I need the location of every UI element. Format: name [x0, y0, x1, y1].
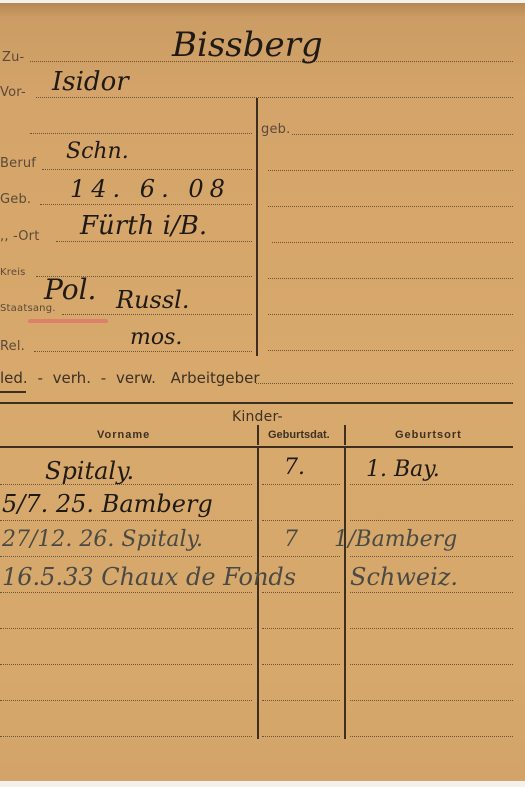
kinder-row-line [350, 700, 513, 701]
dotted-line-geburtsort [56, 241, 252, 242]
marital-status-line: led. - verh. - verw. Arbeitgeber [0, 369, 260, 387]
kinder-row-3-vorname: 27/12. 26. Spitaly. [2, 527, 203, 552]
kinder-row-3-datum: 7 [284, 527, 298, 552]
label-geb: Geb. [0, 192, 31, 207]
kinder-row-line [0, 664, 252, 665]
ledig-underline-mark [0, 391, 26, 393]
kinder-row-line [350, 556, 513, 557]
kinder-row-line [350, 664, 513, 665]
kinder-row-line [0, 736, 252, 737]
header-divider-1 [257, 425, 259, 445]
kinder-row-line [350, 520, 513, 521]
dotted-line-right-5 [268, 314, 513, 315]
value-geb: 14. 6. 08 [70, 175, 231, 203]
status-separator: - [37, 369, 42, 387]
dotted-line-geb-maiden [292, 134, 513, 135]
column-header-geburtsdatum: Geburtsdat. [268, 429, 330, 441]
label-geb-maiden: geb. [261, 122, 290, 137]
kinder-row-line [262, 736, 340, 737]
kinder-row-1-ort: 1. Bay. [366, 457, 440, 482]
status-separator: - [101, 369, 106, 387]
label-arbeitgeber: Arbeitgeber [171, 369, 260, 387]
kinder-row-line [262, 484, 340, 485]
kinder-row-1-vorname: Spitaly. [45, 457, 134, 485]
dotted-line-beruf [42, 169, 252, 170]
value-religion: mos. [130, 325, 182, 350]
label-vorname: Vor- [0, 85, 26, 100]
kinder-row-line [0, 592, 252, 593]
status-verwitwet: verw. [116, 369, 156, 387]
kinder-row-line [350, 484, 513, 485]
kinder-row-line [0, 520, 252, 521]
label-kreis: Kreis [0, 267, 26, 278]
dotted-line-right-2 [268, 206, 513, 207]
kinder-column-divider-1 [257, 446, 259, 739]
kinder-row-line [262, 628, 340, 629]
value-geburtsort: Fürth i/B. [80, 211, 207, 241]
kinder-row-line [262, 664, 340, 665]
kinder-row-line [262, 700, 340, 701]
registration-card: Zu- Bissberg Vor- Isidor geb. Beruf Schn… [0, 3, 525, 781]
dotted-line-religion [34, 351, 252, 352]
dotted-line-staatsangehoerigkeit [62, 314, 252, 315]
kinder-row-line [0, 700, 252, 701]
dotted-line-right-6 [268, 350, 513, 351]
kinder-row-line [350, 736, 513, 737]
kinder-row-line [262, 592, 340, 593]
kinder-row-4-ort: Schweiz. [350, 563, 458, 591]
kinder-row-line [262, 556, 340, 557]
dotted-line-blank-1 [30, 133, 252, 134]
kinder-row-1-datum: 7. [284, 455, 305, 480]
upper-column-divider [256, 98, 258, 356]
kinder-row-line [262, 520, 340, 521]
value-staatsangehoerigkeit-1: Pol. [44, 273, 96, 306]
column-header-vorname: Vorname [97, 429, 150, 441]
value-staatsangehoerigkeit-2: Russl. [116, 286, 189, 314]
value-zuname: Bissberg [172, 25, 323, 65]
status-verheiratet: verh. [53, 369, 91, 387]
kinder-top-rule [0, 402, 513, 404]
dotted-line-vorname [36, 97, 513, 98]
column-header-geburtsort: Geburtsort [395, 429, 462, 441]
kinder-row-line [0, 556, 252, 557]
label-religion: Rel. [0, 339, 25, 354]
kinder-column-divider-2 [344, 446, 346, 739]
dotted-line-arbeitgeber [256, 383, 513, 384]
dotted-line-right-1 [268, 170, 513, 171]
dotted-line-right-3 [272, 242, 513, 243]
dotted-line-geb [40, 204, 252, 205]
kinder-row-line [0, 628, 252, 629]
red-pencil-underline [28, 319, 108, 323]
header-divider-2 [344, 425, 346, 445]
kinder-row-line [350, 628, 513, 629]
kinder-row-3-ort: 1/Bamberg [334, 527, 457, 552]
kinder-title: Kinder- [232, 409, 283, 425]
label-beruf: Beruf [0, 156, 36, 171]
dotted-line-right-4 [268, 278, 513, 279]
value-beruf: Schn. [66, 139, 129, 164]
label-zuname: Zu- [2, 50, 24, 65]
status-ledig: led. [0, 369, 28, 387]
kinder-row-2-vorname: 5/7. 25. Bamberg [2, 490, 213, 518]
kinder-row-4-vorname: 16.5.33 Chaux de Fonds [2, 563, 296, 591]
label-geburtsort: ,, -Ort [0, 229, 40, 244]
value-vorname: Isidor [52, 67, 129, 97]
kinder-row-line [350, 592, 513, 593]
